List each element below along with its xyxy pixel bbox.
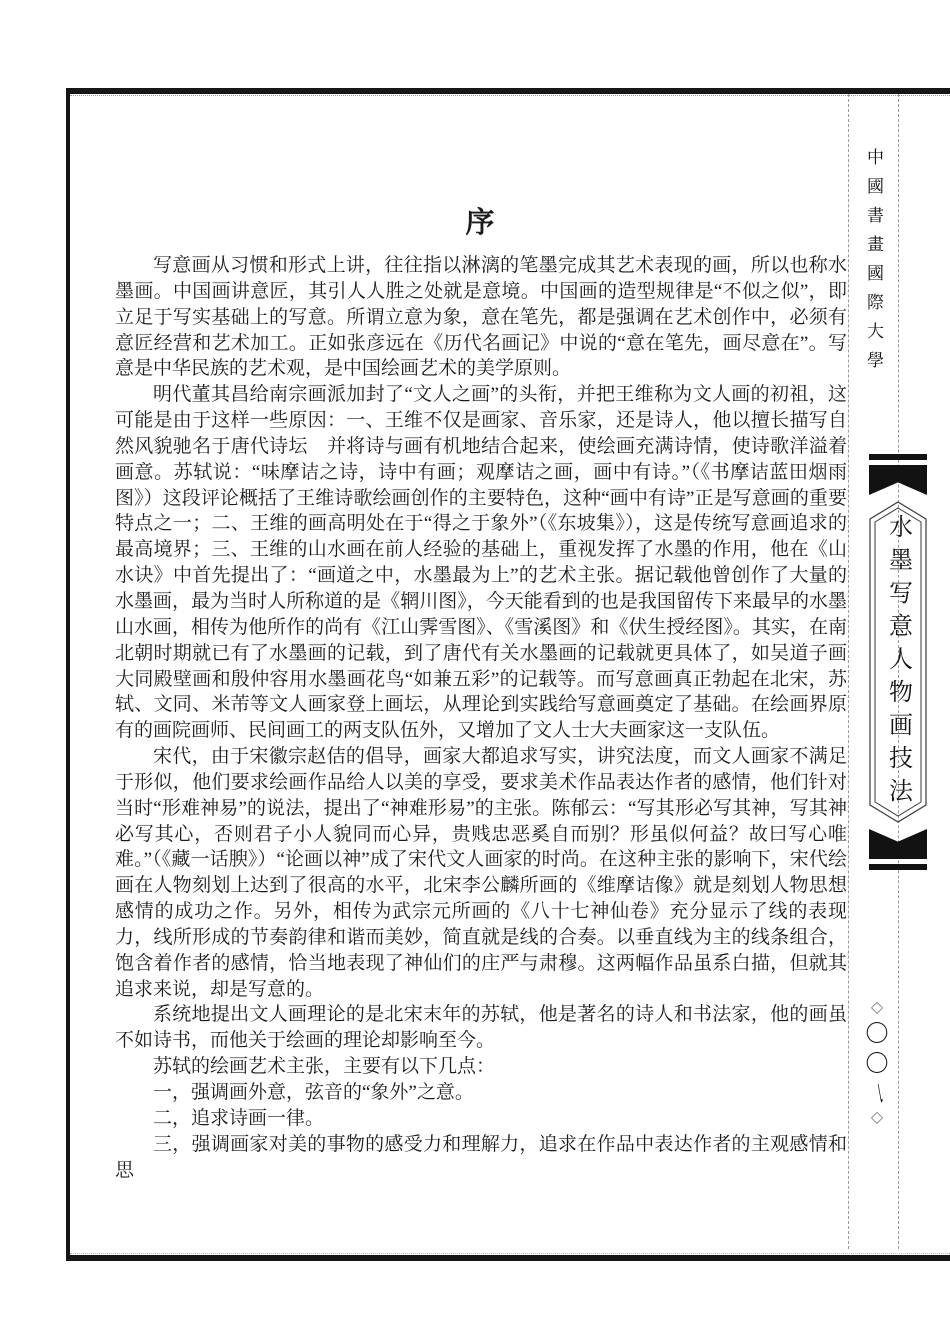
book-title-vertical: 水墨写意人物画技法 — [869, 501, 927, 823]
paragraph-4: 系统地提出文人画理论的是北宋末年的苏轼，他是著名的诗人和书法家，他的画虽不如诗书… — [115, 1002, 847, 1054]
banner-top-ribbon — [869, 465, 927, 495]
page-number: ◇ 〇 〇 一 ◇ — [855, 1000, 899, 1126]
paragraph-5: 苏轼的绘画艺术主张，主要有以下几点： — [115, 1054, 847, 1080]
paragraph-7: 二，追求诗画一律。 — [115, 1106, 847, 1132]
book-title-banner: 水墨写意人物画技法 — [869, 454, 927, 870]
diamond-ornament-top: ◇ — [871, 1000, 883, 1016]
paragraph-2: 明代董其昌给南宗画派加封了“文人之画”的头衔，并把王维称为文人画的初祖，这可能是… — [115, 382, 847, 744]
page-number-digit: 〇 — [866, 1021, 889, 1046]
page-number-digit: 一 — [864, 1081, 890, 1106]
page-number-digit: 〇 — [866, 1051, 889, 1076]
page-title: 序 — [115, 200, 847, 241]
banner-bottom-bar — [869, 864, 927, 870]
sidebar-divider-left — [848, 94, 849, 1249]
paragraph-3: 宋代，由于宋徽宗赵佶的倡导，画家大都追求写实，讲究法度，而文人画家不满足于形似，… — [115, 744, 847, 1002]
banner-cartouche: 水墨写意人物画技法 — [869, 501, 927, 823]
banner-top-bar — [869, 454, 927, 460]
preface-body: 写意画从习惯和形式上讲，往往指以淋漓的笔墨完成其艺术表现的画，所以也称水墨画。中… — [115, 253, 847, 1183]
university-vertical-label: 中國書畫國際大學 — [861, 148, 886, 380]
banner-bottom-ribbon — [869, 829, 927, 859]
paragraph-1: 写意画从习惯和形式上讲，往往指以淋漓的笔墨完成其艺术表现的画，所以也称水墨画。中… — [115, 253, 847, 382]
paragraph-8: 三，强调画家对美的事物的感受力和理解力，追求在作品中表达作者的主观感情和思 — [115, 1132, 847, 1184]
paragraph-6: 一，强调画外意，弦音的“象外”之意。 — [115, 1080, 847, 1106]
diamond-ornament-bottom: ◇ — [871, 1110, 883, 1126]
